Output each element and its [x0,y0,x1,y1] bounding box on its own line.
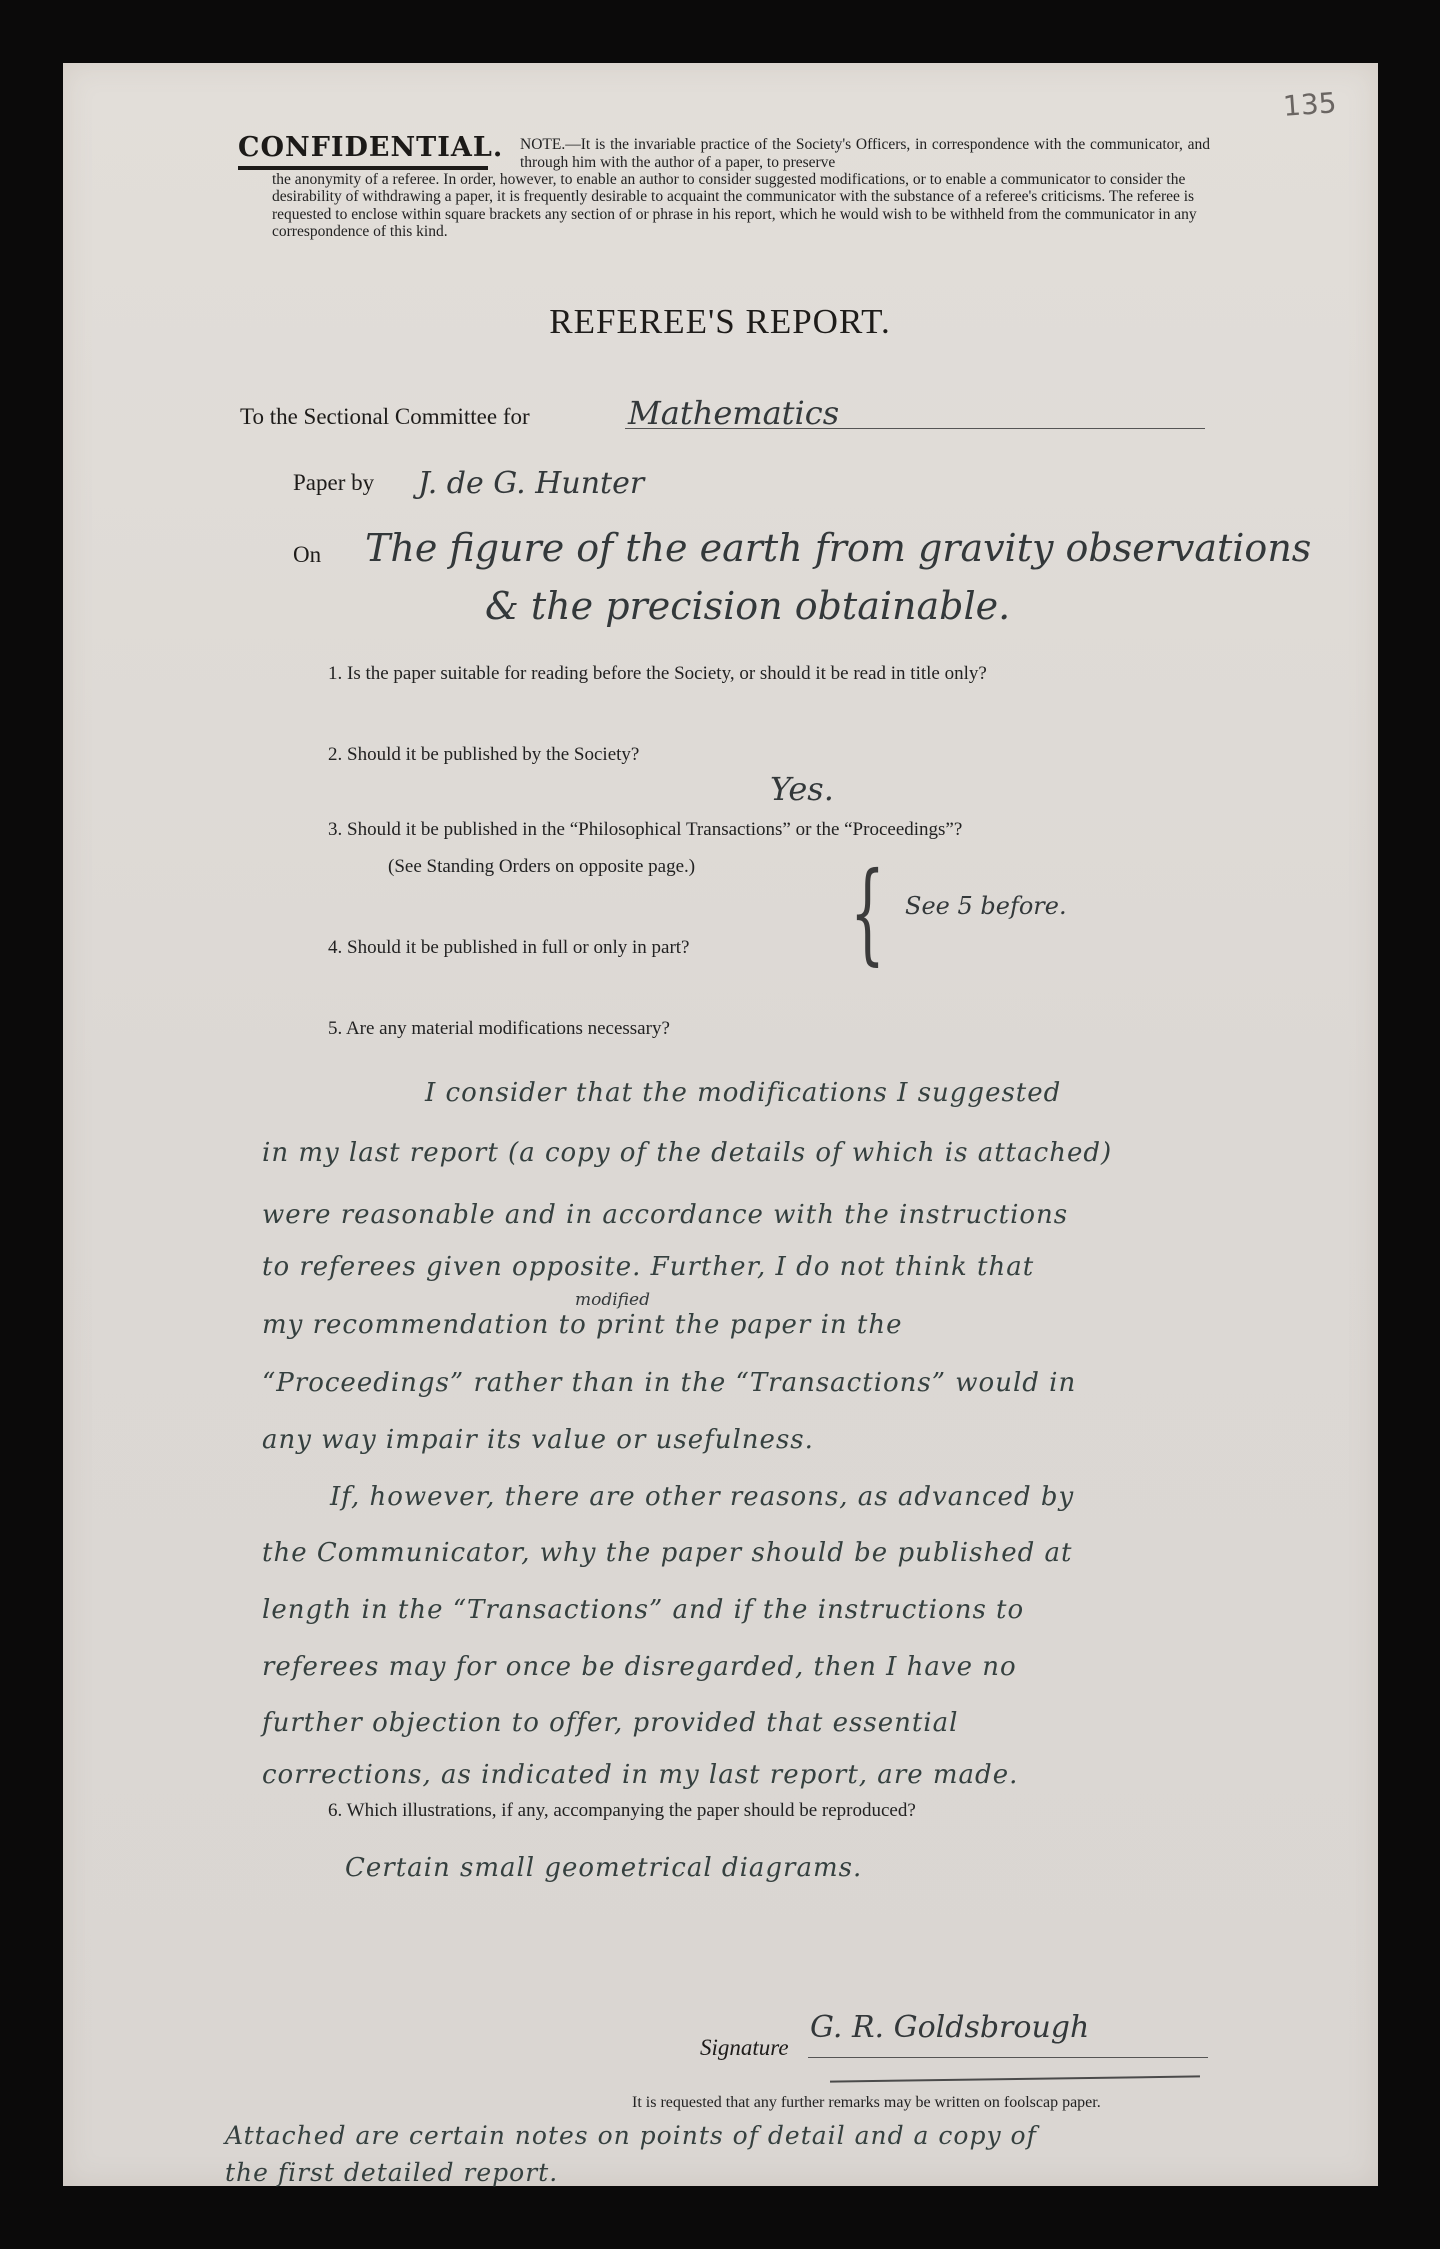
question-3-subtext: (See Standing Orders on opposite page.) [388,856,695,878]
signature-rule [808,2057,1208,2058]
on-value-line2: & the precision obtainable. [485,584,1010,628]
q5-answer-line-3: were reasonable and in accordance with t… [262,1202,1068,1228]
footer-note: It is requested that any further remarks… [632,2094,1101,2112]
signature-label: Signature [700,2035,789,2061]
q5-insertion: modified [575,1290,650,1310]
question-6-answer: Certain small geometrical diagrams. [345,1855,862,1881]
on-value-line1: The figure of the earth from gravity obs… [365,526,1311,570]
question-4-text: Should it be published in full or only i… [347,937,690,958]
question-5-text: Are any material modifications necessary… [346,1018,670,1039]
postscript-line-2: the first detailed report. [225,2160,558,2185]
folio-number: 135 [1282,86,1338,123]
question-3-number: 3. [328,819,342,840]
question-3-text: Should it be published in the “Philosoph… [347,819,962,840]
question-5-number: 5. [328,1018,342,1039]
committee-value: Mathematics [628,394,839,432]
paper-by-value: J. de G. Hunter [418,466,644,501]
question-3: 3. Should it be published in the “Philos… [328,819,962,841]
q5-answer-line-6: “Proceedings” rather than in the “Transa… [262,1370,1076,1396]
q5-answer-line-8: If, however, there are other reasons, as… [330,1484,1074,1510]
question-2: 2. Should it be published by the Society… [328,744,639,766]
q5-answer-line-2: in my last report (a copy of the details… [262,1140,1112,1166]
question-1-text: Is the paper suitable for reading before… [347,663,987,684]
question-4: 4. Should it be published in full or onl… [328,937,690,959]
postscript-line-1: Attached are certain notes on points of … [225,2123,1037,2148]
question-2-text: Should it be published by the Society? [347,744,639,765]
question-1-number: 1. [328,663,342,684]
question-5: 5. Are any material modifications necess… [328,1018,670,1040]
q5-answer-line-1: I consider that the modifications I sugg… [425,1080,1061,1106]
q5-answer-line-9: the Communicator, why the paper should b… [262,1540,1072,1566]
on-label: On [293,542,321,568]
q5-answer-line-7: any way impair its value or usefulness. [262,1427,814,1453]
question-6-text: Which illustrations, if any, accompanyin… [347,1800,916,1821]
question-2-number: 2. [328,744,342,765]
question-3-4-answer: See 5 before. [905,892,1067,920]
q5-answer-line-5: my recommendation to print the paper in … [262,1312,902,1338]
q5-answer-line-12: further objection to offer, provided tha… [262,1710,958,1736]
question-4-number: 4. [328,937,342,958]
report-title: REFEREE'S REPORT. [0,302,1440,342]
confidentiality-note-continued: the anonymity of a referee. In order, ho… [272,171,1210,240]
committee-label: To the Sectional Committee for [240,404,530,430]
paper-by-label: Paper by [293,470,374,496]
q5-answer-line-10: length in the “Transactions” and if the … [262,1597,1024,1623]
q5-answer-line-13: corrections, as indicated in my last rep… [262,1762,1018,1788]
q5-answer-line-11: referees may for once be disregarded, th… [262,1654,1017,1680]
question-2-answer: Yes. [770,770,834,808]
brace-mark: { [850,848,885,976]
question-6: 6. Which illustrations, if any, accompan… [328,1800,916,1822]
committee-rule [625,428,1205,429]
confidentiality-note: NOTE.—It is the invariable practice of t… [520,136,1210,171]
confidential-label: CONFIDENTIAL. [238,132,503,163]
signature-value: G. R. Goldsbrough [810,2010,1089,2045]
confidential-underline [238,166,488,170]
question-1: 1. Is the paper suitable for reading bef… [328,663,987,685]
q5-answer-line-4: to referees given opposite. Further, I d… [262,1254,1034,1280]
question-6-number: 6. [328,1800,342,1821]
